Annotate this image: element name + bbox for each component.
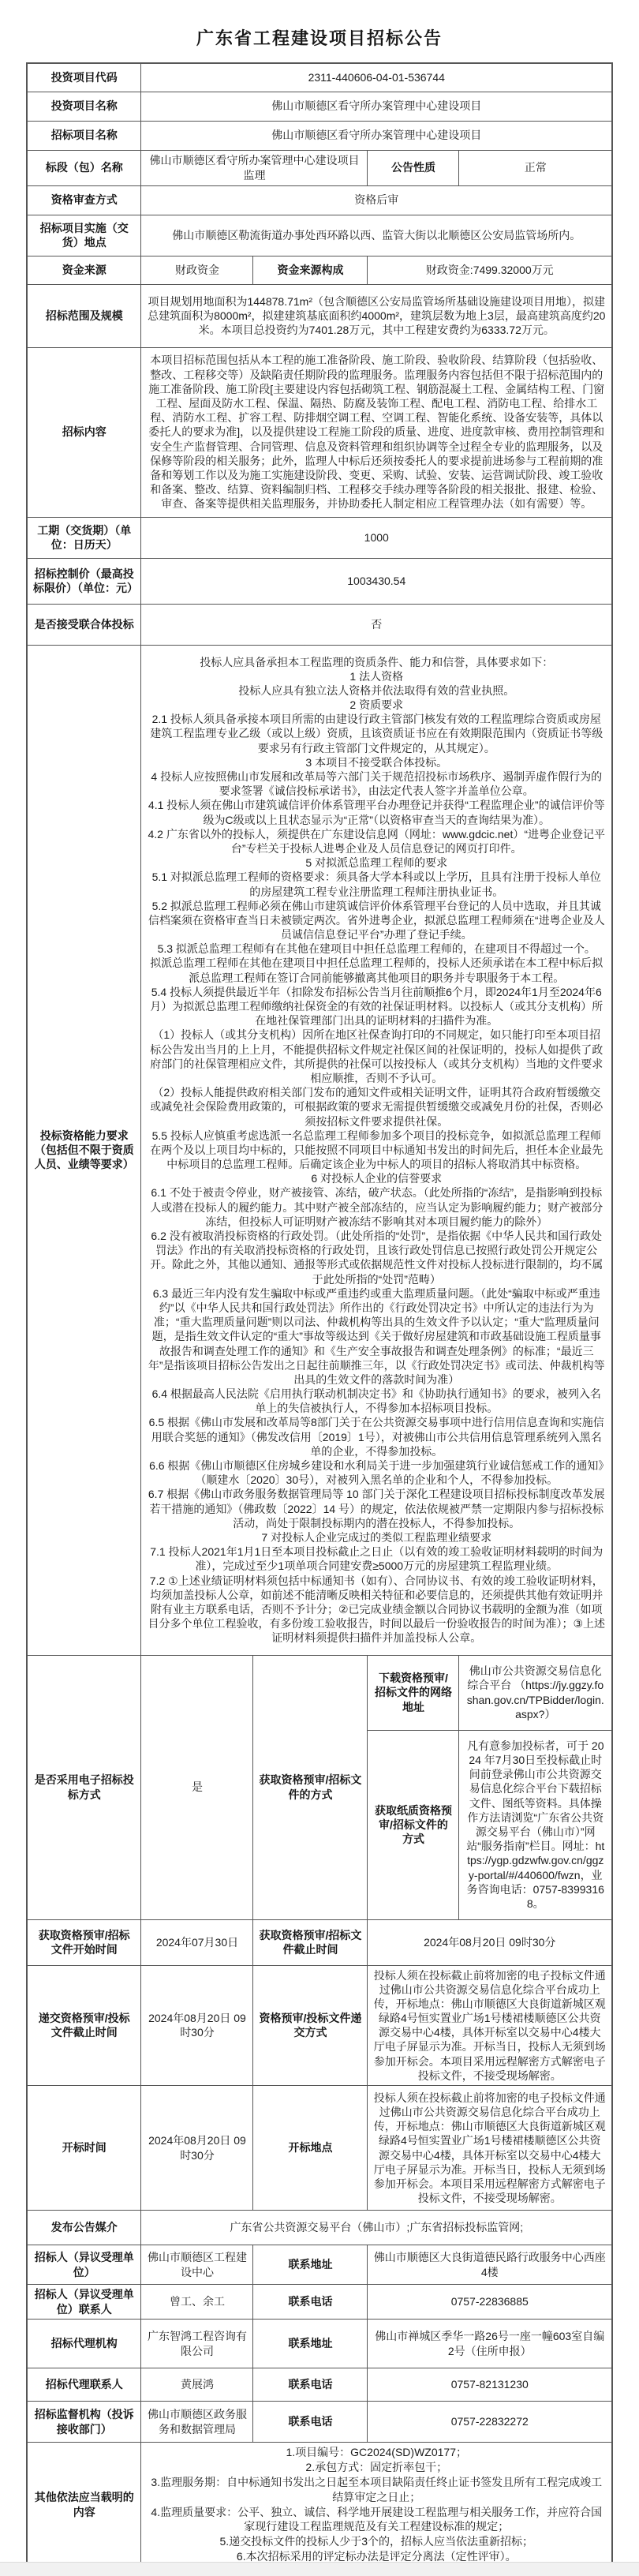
submit-deadline-label: 递交资格预审/投标文件截止时间 <box>27 1965 141 2086</box>
obtain-method-label: 获取资格预审/招标文件的方式 <box>253 1655 368 1919</box>
duration-value: 1000 <box>141 517 612 558</box>
agency-value: 广东智鸿工程咨询有限公司 <box>141 2320 253 2368</box>
media-label: 发布公告媒介 <box>27 2211 141 2245</box>
qualification-req-value: 投标人应具备承担本工程监理的资质条件、能力和信誉，具体要求如下： 1 法人资格 … <box>141 645 612 1655</box>
table-row: 工期（交货期）（单位：日历天） 1000 <box>27 517 612 558</box>
tender-name-label: 招标项目名称 <box>27 121 141 150</box>
funding-label: 资金来源 <box>27 256 141 284</box>
other-value: 1.项目编号：GC2024(SD)WZ0177； 2.承包方式：固定折率包干； … <box>141 2443 612 2568</box>
tender-name-value: 佛山市顺德区看守所办案管理中心建设项目 <box>141 121 612 150</box>
control-price-label: 招标控制价（最高投标限价）（单位：元） <box>27 558 141 604</box>
agency-label: 招标代理机构 <box>27 2320 141 2368</box>
submit-deadline-value: 2024年08月20日 09时30分 <box>141 1965 253 2086</box>
funding-composition-value: 财政资金:7499.32000万元 <box>368 256 612 284</box>
investment-code-value: 2311-440606-04-01-536744 <box>141 63 612 92</box>
agency-contact-value: 黄展鸿 <box>141 2368 253 2402</box>
table-row: 招标人（异议受理单位） 佛山市顺德区工程建设中心 联系地址 佛山市顺德区大良街道… <box>27 2245 612 2285</box>
table-row: 招标代理联系人 黄展鸿 联系电话 0757-82131230 <box>27 2368 612 2402</box>
download-address-label: 下载资格预审/招标文件的网络地址 <box>368 1655 459 1730</box>
table-row: 标段（包）名称 佛山市顺德区看守所办案管理中心建设项目监理 公告性质 正常 <box>27 150 612 185</box>
table-row: 递交资格预审/投标文件截止时间 2024年08月20日 09时30分 资格预审/… <box>27 1965 612 2086</box>
agency-phone-label: 联系电话 <box>253 2368 368 2402</box>
tender-table: 投资项目代码 2311-440606-04-01-536744 投资项目名称 佛… <box>26 62 613 2568</box>
table-row: 投资项目代码 2311-440606-04-01-536744 <box>27 63 612 92</box>
qualification-method-value: 资格后审 <box>141 185 612 215</box>
content-value: 本项目招标范围包括从本工程的施工准备阶段、施工阶段、验收阶段、结算阶段（包括验收… <box>141 347 612 517</box>
obtain-end-label: 获取资格预审/招标文件截止时间 <box>253 1919 368 1965</box>
submit-method-label: 资格预审/投标文件递交方式 <box>253 1965 368 2086</box>
investment-code-label: 投资项目代码 <box>27 63 141 92</box>
table-row: 是否接受联合体投标 否 <box>27 604 612 645</box>
paper-method-value: 凡有意参加投标者，可于 2024 年7月30日至投标截止时间前登录佛山市公共资源… <box>459 1730 612 1919</box>
table-row: 开标时间 2024年08月20日 09时30分 开标地点 投标人须在投标截止前将… <box>27 2086 612 2211</box>
section-label: 标段（包）名称 <box>27 150 141 185</box>
table-row: 招标控制价（最高投标限价）（单位：元） 1003430.54 <box>27 558 612 604</box>
supervisor-value: 佛山市顺德区政务服务和数据管理局 <box>141 2402 253 2443</box>
opening-time-label: 开标时间 <box>27 2086 141 2211</box>
control-price-value: 1003430.54 <box>141 558 612 604</box>
table-row: 投标资格能力要求（包括但不限于资质人员、业绩等要求） 投标人应具备承担本工程监理… <box>27 645 612 1655</box>
table-row: 招标内容 本项目招标范围包括从本工程的施工准备阶段、施工阶段、验收阶段、结算阶段… <box>27 347 612 517</box>
duration-label: 工期（交货期）（单位：日历天） <box>27 517 141 558</box>
obtain-end-value: 2024年08月20日 09时30分 <box>368 1919 612 1965</box>
agency-addr-label: 联系地址 <box>253 2320 368 2368</box>
paper-method-label: 获取纸质资格预审/招标文件的方式 <box>368 1730 459 1919</box>
opening-time-value: 2024年08月20日 09时30分 <box>141 2086 253 2211</box>
table-row: 获取资格预审/招标文件开始时间 2024年07月30日 获取资格预审/招标文件截… <box>27 1919 612 1965</box>
notice-nature-value: 正常 <box>459 150 612 185</box>
section-value: 佛山市顺德区看守所办案管理中心建设项目监理 <box>141 150 368 185</box>
content-label: 招标内容 <box>27 347 141 517</box>
page-footer-bar <box>0 2562 639 2576</box>
tenderer-contact-value: 曾工、余工 <box>141 2285 253 2320</box>
tenderer-value: 佛山市顺德区工程建设中心 <box>141 2245 253 2285</box>
tenderer-label: 招标人（异议受理单位） <box>27 2245 141 2285</box>
media-value: 广东省公共资源交易平台（佛山市）;广东省招标投标监管网; <box>141 2211 612 2245</box>
obtain-start-value: 2024年07月30日 <box>141 1919 253 1965</box>
tenderer-phone-value: 0757-22836885 <box>368 2285 612 2320</box>
location-value: 佛山市顺德区勒流街道办事处西环路以西、监管大街以北顺德区公安局监管场所内。 <box>141 215 612 256</box>
e-bidding-value: 是 <box>141 1655 253 1919</box>
scope-label: 招标范围及规模 <box>27 284 141 347</box>
table-row: 招标人（异议受理单位）联系人 曾工、余工 联系电话 0757-22836885 <box>27 2285 612 2320</box>
e-bidding-label: 是否采用电子招标投标方式 <box>27 1655 141 1919</box>
tenderer-addr-value: 佛山市顺德区大良街道德民路行政服务中心西座4楼 <box>368 2245 612 2285</box>
investment-name-value: 佛山市顺德区看守所办案管理中心建设项目 <box>141 92 612 121</box>
consortium-label: 是否接受联合体投标 <box>27 604 141 645</box>
table-row: 资金来源 财政资金 资金来源构成 财政资金:7499.32000万元 <box>27 256 612 284</box>
submit-method-value: 投标人须在投标截止前将加密的电子投标文件通过佛山市公共资源交易信息化综合平台成功… <box>368 1965 612 2086</box>
table-row: 其他依法应当载明的内容 1.项目编号：GC2024(SD)WZ0177； 2.承… <box>27 2443 612 2568</box>
consortium-value: 否 <box>141 604 612 645</box>
agency-phone-value: 0757-82131230 <box>368 2368 612 2402</box>
notice-nature-label: 公告性质 <box>368 150 459 185</box>
table-row: 资格审查方式 资格后审 <box>27 185 612 215</box>
other-label: 其他依法应当载明的内容 <box>27 2443 141 2568</box>
table-row: 发布公告媒介 广东省公共资源交易平台（佛山市）;广东省招标投标监管网; <box>27 2211 612 2245</box>
tenderer-phone-label: 联系电话 <box>253 2285 368 2320</box>
supervisor-phone-label: 联系电话 <box>253 2402 368 2443</box>
opening-place-value: 投标人须在投标截止前将加密的电子投标文件通过佛山市公共资源交易信息化综合平台成功… <box>368 2086 612 2211</box>
supervisor-label: 招标监督机构（投诉接收部门） <box>27 2402 141 2443</box>
agency-addr-value: 佛山市禅城区季华一路26号一座一幢603室自编2号（住所申报） <box>368 2320 612 2368</box>
page-title: 广东省工程建设项目招标公告 <box>0 0 639 50</box>
funding-value: 财政资金 <box>141 256 253 284</box>
table-row: 招标范围及规模 项目规划用地面积为144878.71m²（包含顺德区公安局监管场… <box>27 284 612 347</box>
funding-composition-label: 资金来源构成 <box>253 256 368 284</box>
table-row: 投资项目名称 佛山市顺德区看守所办案管理中心建设项目 <box>27 92 612 121</box>
download-address-value: 佛山市公共资源交易信息化综合平台 （https://jy.ggzy.foshan… <box>459 1655 612 1730</box>
obtain-start-label: 获取资格预审/招标文件开始时间 <box>27 1919 141 1965</box>
opening-place-label: 开标地点 <box>253 2086 368 2211</box>
tender-announcement-page: 广东省工程建设项目招标公告 投资项目代码 2311-440606-04-01-5… <box>0 0 639 2576</box>
table-row: 招标监督机构（投诉接收部门） 佛山市顺德区政务服务和数据管理局 联系电话 075… <box>27 2402 612 2443</box>
table-row: 是否采用电子招标投标方式 是 获取资格预审/招标文件的方式 下载资格预审/招标文… <box>27 1655 612 1730</box>
tenderer-addr-label: 联系地址 <box>253 2245 368 2285</box>
supervisor-phone-value: 0757-22832272 <box>368 2402 612 2443</box>
agency-contact-label: 招标代理联系人 <box>27 2368 141 2402</box>
location-label: 招标项目实施（交货）地点 <box>27 215 141 256</box>
qualification-req-label: 投标资格能力要求（包括但不限于资质人员、业绩等要求） <box>27 645 141 1655</box>
table-row: 招标代理机构 广东智鸿工程咨询有限公司 联系地址 佛山市禅城区季华一路26号一座… <box>27 2320 612 2368</box>
investment-name-label: 投资项目名称 <box>27 92 141 121</box>
table-row: 招标项目实施（交货）地点 佛山市顺德区勒流街道办事处西环路以西、监管大街以北顺德… <box>27 215 612 256</box>
qualification-method-label: 资格审查方式 <box>27 185 141 215</box>
scope-value: 项目规划用地面积为144878.71m²（包含顺德区公安局监管场所基础设施建设项… <box>141 284 612 347</box>
tenderer-contact-label: 招标人（异议受理单位）联系人 <box>27 2285 141 2320</box>
table-row: 招标项目名称 佛山市顺德区看守所办案管理中心建设项目 <box>27 121 612 150</box>
